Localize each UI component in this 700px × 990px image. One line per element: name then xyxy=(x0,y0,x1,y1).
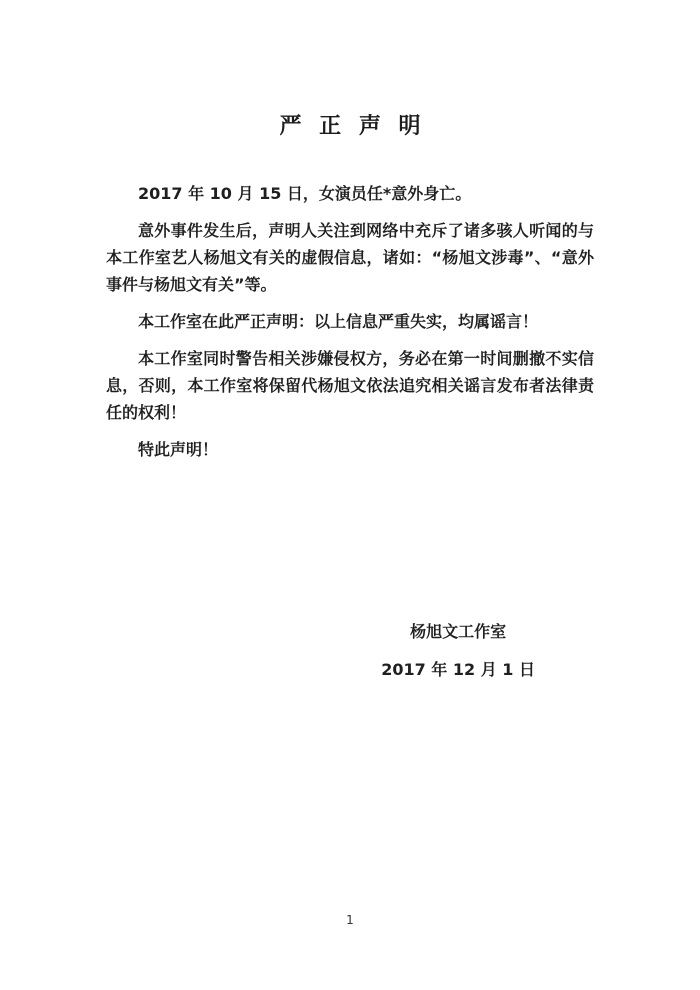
paragraph-solemn-declaration: 本工作室在此严正声明：以上信息严重失实，均属谣言！ xyxy=(106,308,594,335)
document-title: 严 正 声 明 xyxy=(0,0,700,140)
paragraph-rumor-description: 意外事件发生后，声明人关注到网络中充斥了诸多骇人听闻的与本工作室艺人杨旭文有关的… xyxy=(106,217,594,298)
signature-date: 2017 年 12 月 1 日 xyxy=(381,656,535,683)
document-body: 2017 年 10 月 15 日，女演员任*意外身亡。 意外事件发生后，声明人关… xyxy=(106,180,594,463)
paragraph-legal-warning: 本工作室同时警告相关涉嫌侵权方，务必在第一时间删撤不实信息，否则，本工作室将保留… xyxy=(106,345,594,426)
page-number: 1 xyxy=(0,912,700,928)
signature-studio-name: 杨旭文工作室 xyxy=(381,618,535,645)
paragraph-incident-date: 2017 年 10 月 15 日，女演员任*意外身亡。 xyxy=(106,180,594,207)
document-page: 严 正 声 明 2017 年 10 月 15 日，女演员任*意外身亡。 意外事件… xyxy=(0,0,700,990)
paragraph-closing-statement: 特此声明！ xyxy=(106,436,594,463)
signature-block: 杨旭文工作室 2017 年 12 月 1 日 xyxy=(381,618,535,683)
